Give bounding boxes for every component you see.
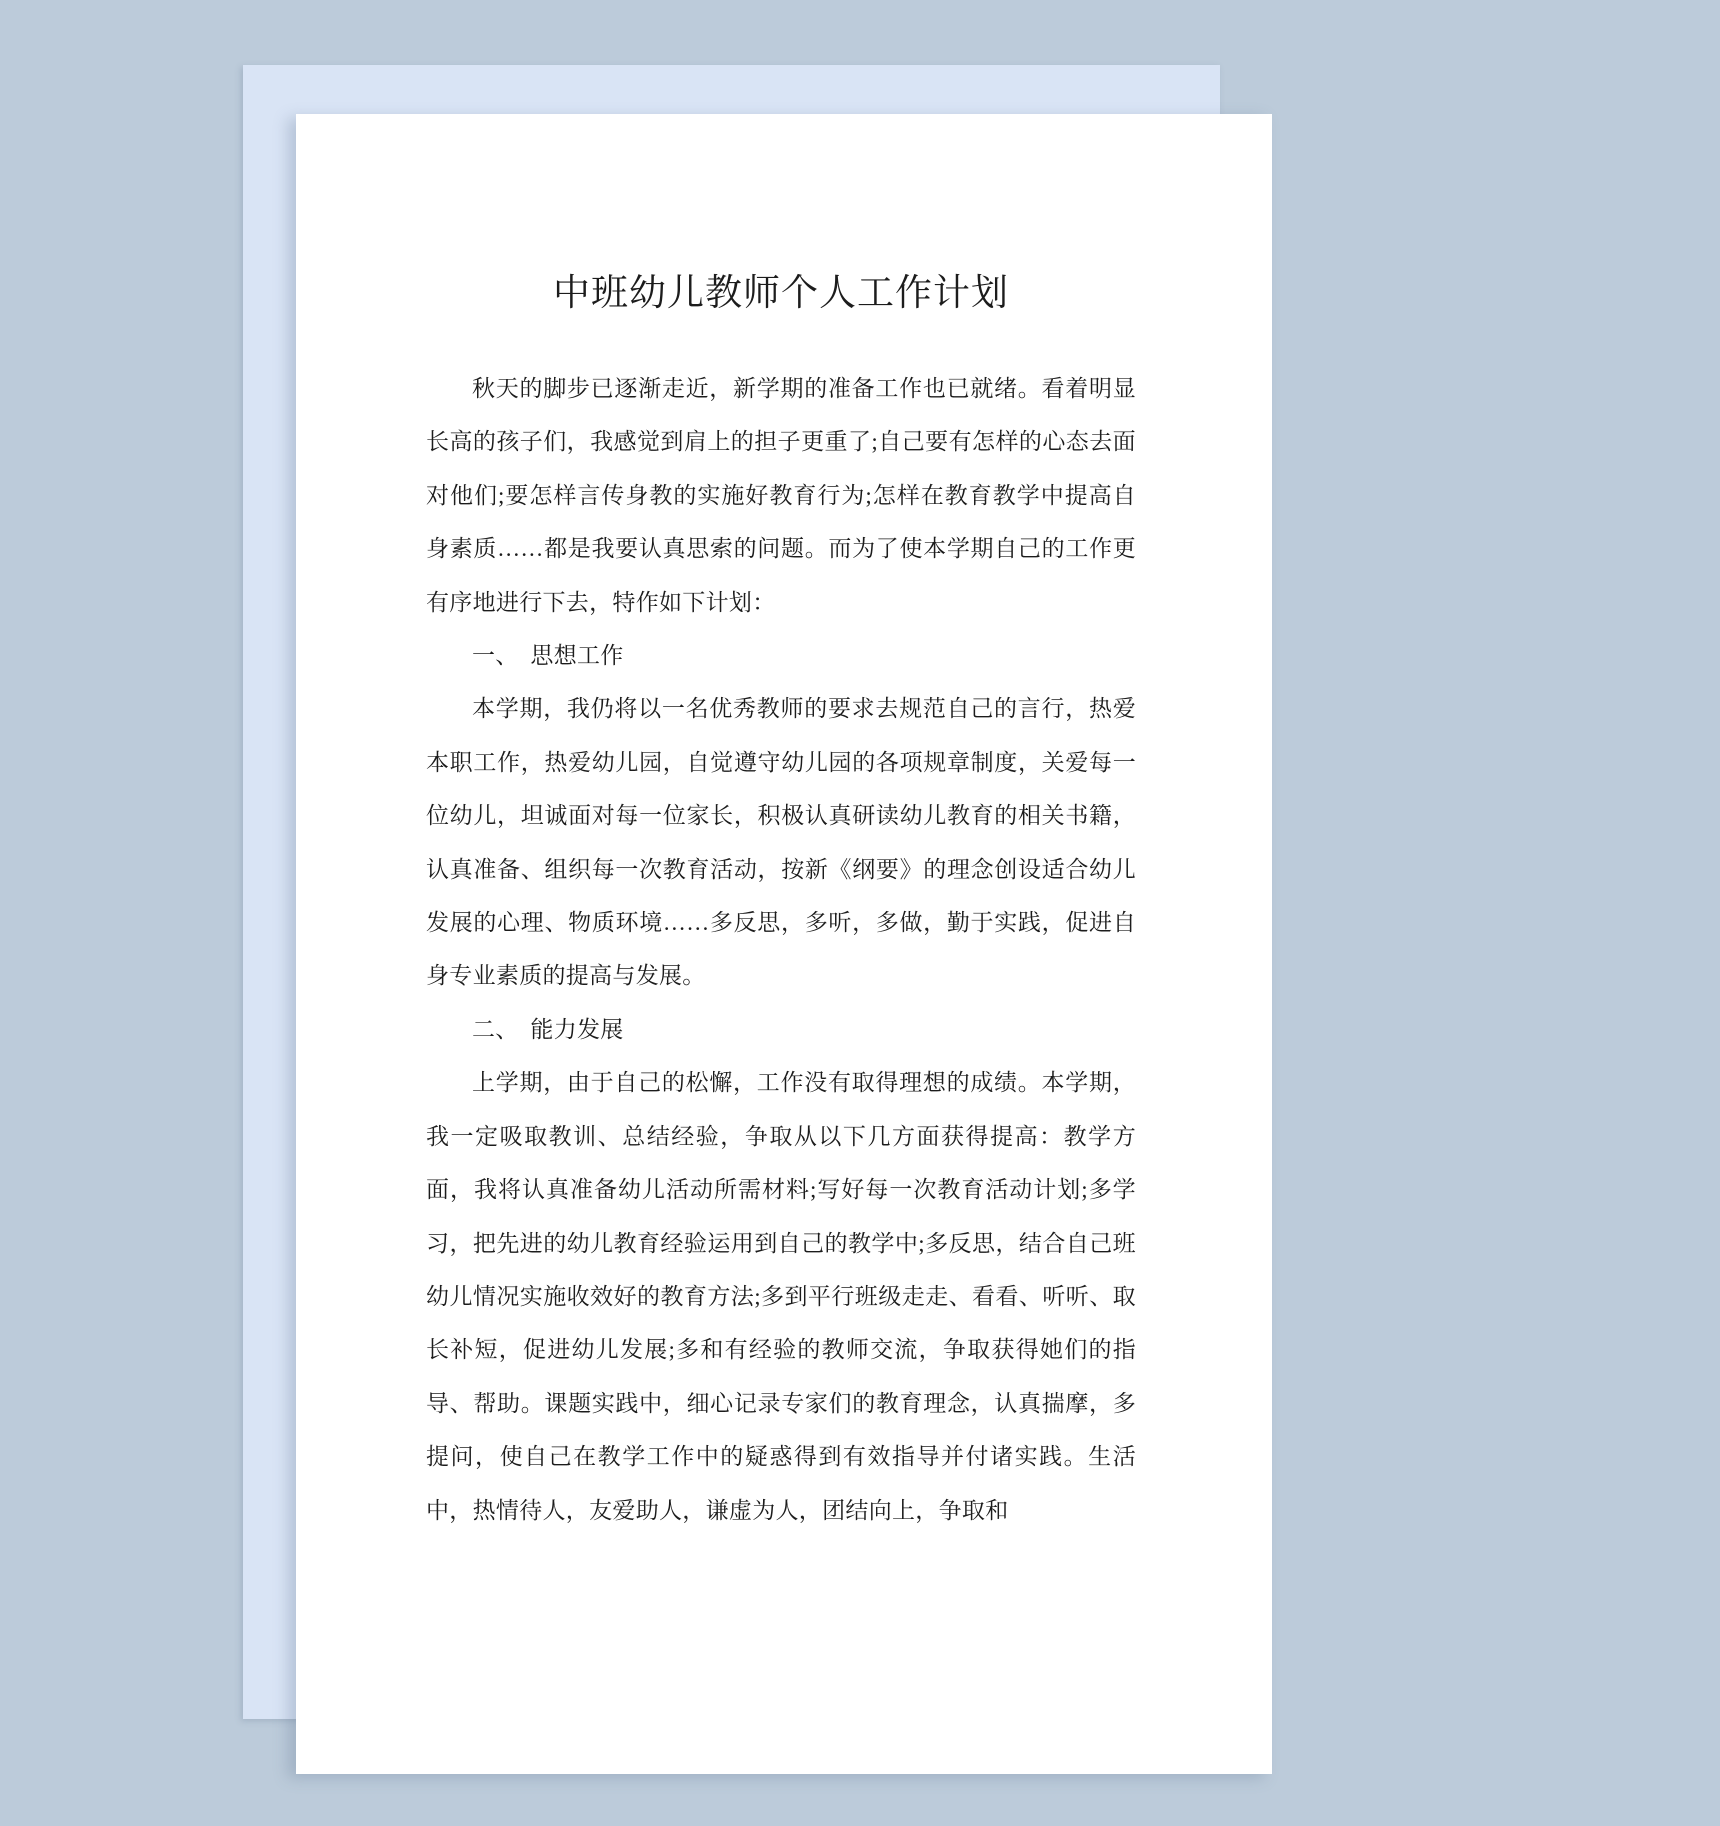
app-background: { "colors": { "background": "#bccbda", "… [0,0,1720,1826]
document-page: 中班幼儿教师个人工作计划 秋天的脚步已逐渐走近，新学期的准备工作也已就绪。看着明… [296,114,1272,1774]
section-2-heading: 二、 能力发展 [426,1003,1136,1056]
section-2-paragraph: 上学期，由于自己的松懈，工作没有取得理想的成绩。本学期，我一定吸取教训、总结经验… [426,1056,1136,1537]
section-1-heading: 一、 思想工作 [426,629,1136,682]
document-content: 中班幼儿教师个人工作计划 秋天的脚步已逐渐走近，新学期的准备工作也已就绪。看着明… [296,114,1272,1537]
intro-paragraph: 秋天的脚步已逐渐走近，新学期的准备工作也已就绪。看着明显长高的孩子们，我感觉到肩… [426,362,1136,629]
document-title: 中班幼儿教师个人工作计划 [426,262,1136,316]
section-1-paragraph: 本学期，我仍将以一名优秀教师的要求去规范自己的言行，热爱本职工作，热爱幼儿园，自… [426,682,1136,1002]
